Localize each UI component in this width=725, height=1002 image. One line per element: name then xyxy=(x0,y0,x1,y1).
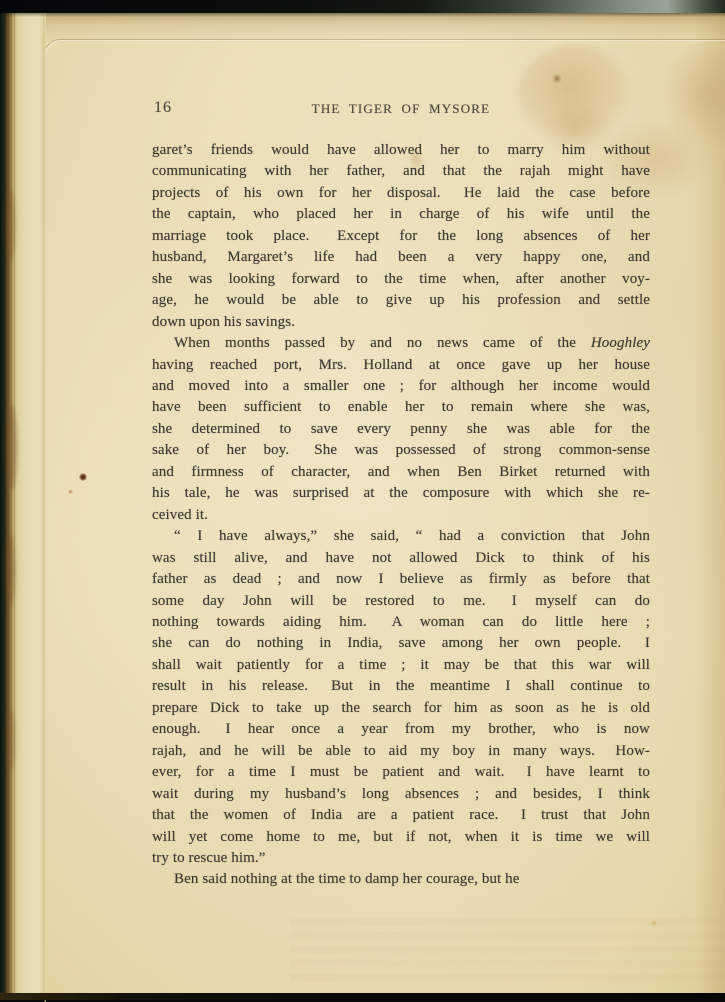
text-line: rajah, and he will be able to aid my boy… xyxy=(152,741,650,762)
stain-speck xyxy=(552,74,562,83)
body-text: garet’s friends would have allowed her t… xyxy=(152,140,650,891)
edge-smudge xyxy=(5,190,15,260)
ink-dot xyxy=(79,473,87,481)
text-line: result in his release. But in the meanti… xyxy=(152,676,650,697)
text-line: ceived it. xyxy=(152,505,650,526)
text-line: enough. I hear once a year from my broth… xyxy=(152,719,650,740)
text-line: she was looking forward to the time when… xyxy=(152,269,650,290)
text-line: marriage took place. Except for the long… xyxy=(152,226,650,247)
text-line: father as dead ; and now I believe as fi… xyxy=(152,569,650,590)
page-header: 16 THE TIGER OF MYSORE xyxy=(152,99,650,119)
text-line: projects of his own for her disposal. He… xyxy=(152,183,650,204)
running-title: THE TIGER OF MYSORE xyxy=(152,101,650,117)
text-line: try to rescue him.” xyxy=(152,848,650,869)
book-cover-top-edge xyxy=(0,0,725,13)
edge-smudge xyxy=(6,405,17,490)
text-line: When months passed by and no news came o… xyxy=(152,333,650,354)
text-line: she can do nothing in India, save among … xyxy=(152,633,650,654)
text-line: garet’s friends would have allowed her t… xyxy=(152,140,650,161)
text-line: sake of her boy. She was possessed of st… xyxy=(152,440,650,461)
text-line: his tale, he was surprised at the compos… xyxy=(152,483,650,504)
text-line: have been sufficient to enable her to re… xyxy=(152,397,650,418)
text-line: was still alive, and have not allowed Di… xyxy=(152,548,650,569)
text-line: she determined to save every penny she w… xyxy=(152,419,650,440)
text-line: that the women of India are a patient ra… xyxy=(152,805,650,826)
text-line: will yet come home to me, but if not, wh… xyxy=(152,827,650,848)
book-cover-bottom-edge xyxy=(0,993,725,1000)
text-line: down upon his savings. xyxy=(152,312,650,333)
scan-banding xyxy=(290,918,725,984)
ink-dot xyxy=(68,489,73,494)
text-line: wait during my husband’s long absences ;… xyxy=(152,784,650,805)
italic-text: Hooghley xyxy=(591,335,650,351)
text-line: husband, Margaret’s life had been a very… xyxy=(152,247,650,268)
text-line: communicating with her father, and that … xyxy=(152,161,650,182)
text-line: shall wait patiently for a time ; it may… xyxy=(152,655,650,676)
text-line: and firmness of character, and when Ben … xyxy=(152,462,650,483)
book-cover-top-shadow xyxy=(0,13,725,17)
book-page-scan: 16 THE TIGER OF MYSORE garet’s friends w… xyxy=(0,0,725,1000)
text-line: and moved into a smaller one ; for altho… xyxy=(152,376,650,397)
text-line: nothing towards aiding him. A woman can … xyxy=(152,612,650,633)
text-line: the captain, who placed her in charge of… xyxy=(152,204,650,225)
text-line: Ben said nothing at the time to damp her… xyxy=(152,869,650,890)
edge-smudge xyxy=(6,710,15,770)
text-line: prepare Dick to take up the search for h… xyxy=(152,698,650,719)
text-line: age, he would be able to give up his pro… xyxy=(152,290,650,311)
text-line: “ I have always,” she said, “ had a conv… xyxy=(152,526,650,547)
text-line: some day John will be restored to me. I … xyxy=(152,591,650,612)
text-line: having reached port, Mrs. Holland at onc… xyxy=(152,355,650,376)
edge-smudge xyxy=(5,535,15,605)
text-line: ever, for a time I must be patient and w… xyxy=(152,762,650,783)
page-stack-texture xyxy=(2,0,16,1000)
